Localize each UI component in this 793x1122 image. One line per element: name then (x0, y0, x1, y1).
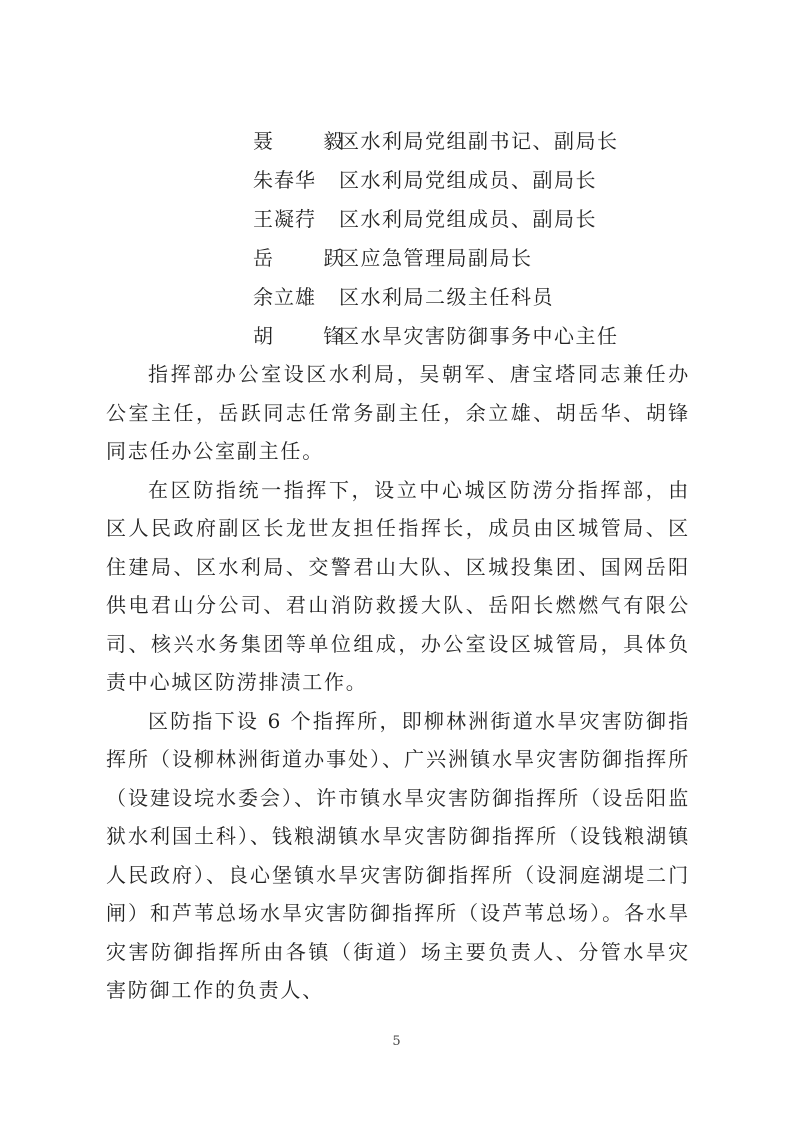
member-name: 胡 锋 (253, 317, 339, 356)
paragraph-flood-sub-command: 在区防指统一指挥下，设立中心城区防涝分指挥部，由区人民政府副区长龙世友担任指挥长… (106, 471, 690, 702)
member-row: 聂 毅 区水利局党组副书记、副局长 (253, 122, 619, 161)
page-number: 5 (0, 1034, 793, 1049)
member-title: 区水旱灾害防御事务中心主任 (339, 317, 619, 356)
member-name: 朱春华 (253, 161, 339, 200)
paragraph-office: 指挥部办公室设区水利局，吴朝军、唐宝塔同志兼任办公室主任，岳跃同志任常务副主任，… (106, 355, 690, 471)
member-title: 区应急管理局副局长 (339, 239, 533, 278)
member-name: 王凝荇 (253, 200, 339, 239)
member-row: 胡 锋 区水旱灾害防御事务中心主任 (253, 317, 619, 356)
document-body: 指挥部办公室设区水利局，吴朝军、唐宝塔同志兼任办公室主任，岳跃同志任常务副主任，… (106, 355, 690, 1010)
member-row: 岳 跃 区应急管理局副局长 (253, 239, 619, 278)
member-title: 区水利局党组成员、副局长 (339, 161, 597, 200)
member-name: 聂 毅 (253, 122, 339, 161)
member-name: 岳 跃 (253, 239, 339, 278)
member-row: 朱春华 区水利局党组成员、副局长 (253, 161, 619, 200)
member-row: 余立雄 区水利局二级主任科员 (253, 278, 619, 317)
member-title: 区水利局党组副书记、副局长 (339, 122, 619, 161)
member-title: 区水利局党组成员、副局长 (339, 200, 597, 239)
paragraph-command-posts: 区防指下设 6 个指挥所，即柳林洲街道水旱灾害防御指挥所（设柳林洲街道办事处）、… (106, 702, 690, 1010)
member-title: 区水利局二级主任科员 (339, 278, 554, 317)
member-list: 聂 毅 区水利局党组副书记、副局长 朱春华 区水利局党组成员、副局长 王凝荇 区… (253, 122, 619, 356)
member-row: 王凝荇 区水利局党组成员、副局长 (253, 200, 619, 239)
member-name: 余立雄 (253, 278, 339, 317)
